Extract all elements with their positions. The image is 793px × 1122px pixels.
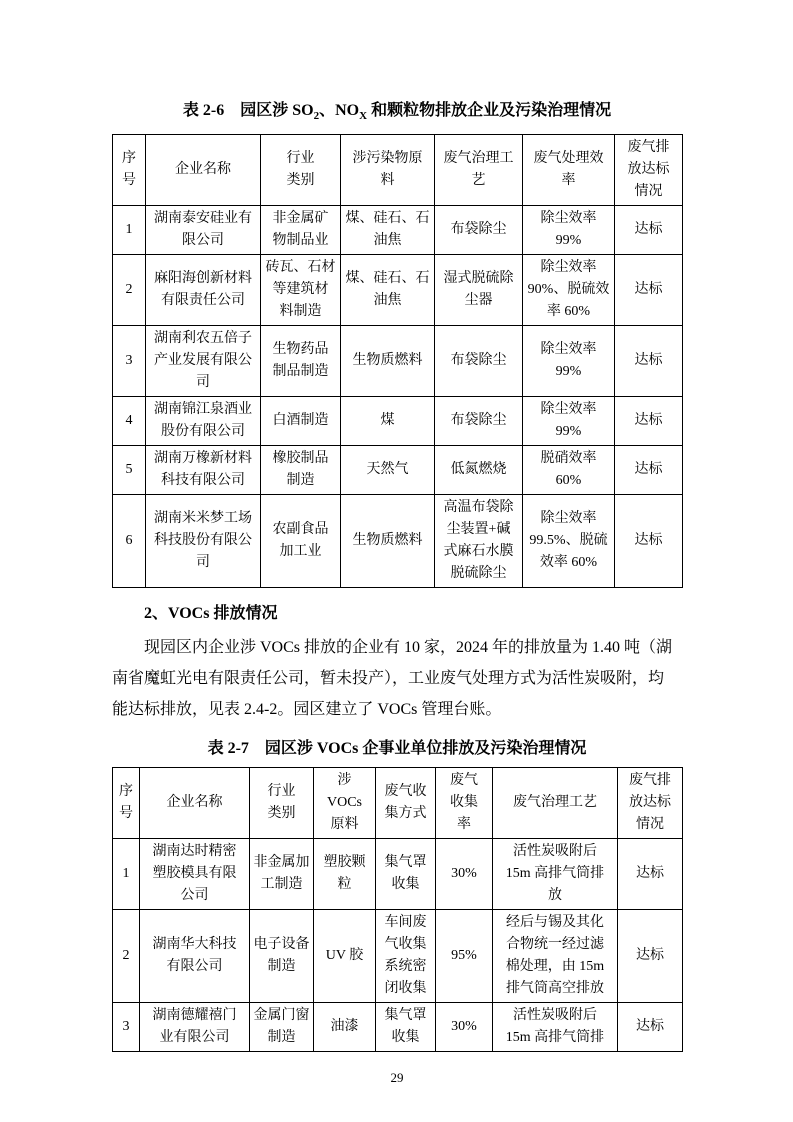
table-row: 2 湖南华大科技 有限公司 电子设备 制造 UV 胶 车间废 气收集 系统密 闭… — [113, 910, 683, 1003]
table-cell: 除尘效率 99% — [523, 326, 615, 397]
table-cell: 白酒制造 — [261, 397, 341, 446]
page-number: 29 — [112, 1070, 682, 1086]
header-cell: 废气 收集 率 — [436, 768, 493, 839]
table-2-7-header-row: 序 号 企业名称 行业 类别 涉 VOCs 原料 废气收 集方式 废气 收集 率… — [113, 768, 683, 839]
table-cell: 达标 — [615, 206, 683, 255]
table-row: 1 湖南泰安硅业有 限公司 非金属矿 物制品业 煤、硅石、石 油焦 布袋除尘 除… — [113, 206, 683, 255]
header-cell: 涉污染物原 料 — [341, 135, 435, 206]
table-row: 3 湖南利农五倍子 产业发展有限公 司 生物药品 制品制造 生物质燃料 布袋除尘… — [113, 326, 683, 397]
table-cell: 除尘效率 99.5%、脱硫 效率 60% — [523, 495, 615, 588]
table-cell: 布袋除尘 — [435, 206, 523, 255]
table-cell: 达标 — [615, 326, 683, 397]
table-cell: 湖南泰安硅业有 限公司 — [146, 206, 261, 255]
table-cell: 布袋除尘 — [435, 326, 523, 397]
header-cell: 企业名称 — [146, 135, 261, 206]
table-cell: 活性炭吸附后 15m 高排气筒排 — [493, 1003, 618, 1052]
table-cell: 除尘效率 99% — [523, 397, 615, 446]
header-cell: 企业名称 — [140, 768, 250, 839]
table-cell: 2 — [113, 910, 140, 1003]
table-2-6-title: 表 2-6 园区涉 SO2、NOX 和颗粒物排放企业及污染治理情况 — [112, 100, 682, 127]
table-cell: 3 — [113, 326, 146, 397]
table-cell: 车间废 气收集 系统密 闭收集 — [376, 910, 436, 1003]
table-row: 3 湖南德耀禧门 业有限公司 金属门窗 制造 油漆 集气罩 收集 30% 活性炭… — [113, 1003, 683, 1052]
table-cell: 橡胶制品 制造 — [261, 446, 341, 495]
table-cell: 达标 — [615, 255, 683, 326]
table-cell: 砖瓦、石材 等建筑材 料制造 — [261, 255, 341, 326]
table-cell: 油漆 — [314, 1003, 376, 1052]
table-cell: 30% — [436, 1003, 493, 1052]
table-cell: 非金属矿 物制品业 — [261, 206, 341, 255]
table-cell: 活性炭吸附后 15m 高排气筒排 放 — [493, 839, 618, 910]
table-row: 5 湖南万橡新材料 科技有限公司 橡胶制品 制造 天然气 低氮燃烧 脱硝效率 6… — [113, 446, 683, 495]
table-cell: 1 — [113, 839, 140, 910]
table-2-6-title-part3: 和颗粒物排放企业及污染治理情况 — [367, 102, 611, 119]
table-cell: UV 胶 — [314, 910, 376, 1003]
table-cell: 湖南米米梦工场 科技股份有限公 司 — [146, 495, 261, 588]
table-cell: 脱硝效率 60% — [523, 446, 615, 495]
table-cell: 经后与锡及其化 合物统一经过滤 棉处理，由 15m 排气筒高空排放 — [493, 910, 618, 1003]
table-cell: 5 — [113, 446, 146, 495]
table-cell: 煤、硅石、石 油焦 — [341, 255, 435, 326]
table-cell: 湖南锦江泉酒业 股份有限公司 — [146, 397, 261, 446]
table-2-6-header-row: 序 号 企业名称 行业 类别 涉污染物原 料 废气治理工 艺 废气处理效 率 废… — [113, 135, 683, 206]
table-cell: 湿式脱硫除 尘器 — [435, 255, 523, 326]
table-cell: 2 — [113, 255, 146, 326]
table-cell: 湖南达时精密 塑胶模具有限 公司 — [140, 839, 250, 910]
table-cell: 达标 — [618, 910, 683, 1003]
table-cell: 除尘效率 90%、脱硫效 率 60% — [523, 255, 615, 326]
header-cell: 涉 VOCs 原料 — [314, 768, 376, 839]
table-cell: 高温布袋除 尘装置+碱 式麻石水膜 脱硫除尘 — [435, 495, 523, 588]
table-cell: 6 — [113, 495, 146, 588]
table-cell: 非金属加 工制造 — [250, 839, 314, 910]
table-2-7: 序 号 企业名称 行业 类别 涉 VOCs 原料 废气收 集方式 废气 收集 率… — [112, 767, 683, 1052]
table-cell: 布袋除尘 — [435, 397, 523, 446]
table-2-6-title-part1: 表 2-6 园区涉 SO — [183, 102, 314, 119]
table-cell: 集气罩 收集 — [376, 839, 436, 910]
header-cell: 废气排 放达标 情况 — [618, 768, 683, 839]
header-cell: 废气收 集方式 — [376, 768, 436, 839]
table-cell: 煤 — [341, 397, 435, 446]
table-cell: 生物药品 制品制造 — [261, 326, 341, 397]
table-cell: 电子设备 制造 — [250, 910, 314, 1003]
table-cell: 塑胶颗 粒 — [314, 839, 376, 910]
table-cell: 30% — [436, 839, 493, 910]
header-cell: 序 号 — [113, 135, 146, 206]
table-cell: 3 — [113, 1003, 140, 1052]
table-cell: 1 — [113, 206, 146, 255]
table-cell: 煤、硅石、石 油焦 — [341, 206, 435, 255]
table-2-7-title: 表 2-7 园区涉 VOCs 企事业单位排放及污染治理情况 — [112, 738, 682, 760]
header-cell: 废气治理工 艺 — [435, 135, 523, 206]
table-cell: 湖南利农五倍子 产业发展有限公 司 — [146, 326, 261, 397]
document-page: 表 2-6 园区涉 SO2、NOX 和颗粒物排放企业及污染治理情况 序 号 企业… — [0, 0, 793, 1122]
nox-subscript: X — [359, 110, 367, 122]
header-cell: 行业 类别 — [261, 135, 341, 206]
table-cell: 低氮燃烧 — [435, 446, 523, 495]
table-2-6-title-part2: 、NO — [319, 102, 359, 119]
table-cell: 生物质燃料 — [341, 495, 435, 588]
table-cell: 湖南万橡新材料 科技有限公司 — [146, 446, 261, 495]
table-row: 4 湖南锦江泉酒业 股份有限公司 白酒制造 煤 布袋除尘 除尘效率 99% 达标 — [113, 397, 683, 446]
header-cell: 序 号 — [113, 768, 140, 839]
table-cell: 达标 — [615, 495, 683, 588]
table-cell: 金属门窗 制造 — [250, 1003, 314, 1052]
table-row: 6 湖南米米梦工场 科技股份有限公 司 农副食品 加工业 生物质燃料 高温布袋除… — [113, 495, 683, 588]
table-cell: 湖南德耀禧门 业有限公司 — [140, 1003, 250, 1052]
table-row: 2 麻阳海创新材料 有限责任公司 砖瓦、石材 等建筑材 料制造 煤、硅石、石 油… — [113, 255, 683, 326]
table-cell: 集气罩 收集 — [376, 1003, 436, 1052]
table-cell: 天然气 — [341, 446, 435, 495]
header-cell: 废气处理效 率 — [523, 135, 615, 206]
table-cell: 达标 — [618, 839, 683, 910]
table-2-6: 序 号 企业名称 行业 类别 涉污染物原 料 废气治理工 艺 废气处理效 率 废… — [112, 134, 683, 588]
header-cell: 废气排 放达标 情况 — [615, 135, 683, 206]
header-cell: 行业 类别 — [250, 768, 314, 839]
header-cell: 废气治理工艺 — [493, 768, 618, 839]
table-cell: 农副食品 加工业 — [261, 495, 341, 588]
table-cell: 达标 — [615, 397, 683, 446]
table-cell: 4 — [113, 397, 146, 446]
section-heading-vocs: 2、VOCs 排放情况 — [144, 603, 682, 625]
table-cell: 除尘效率 99% — [523, 206, 615, 255]
table-cell: 达标 — [615, 446, 683, 495]
table-cell: 麻阳海创新材料 有限责任公司 — [146, 255, 261, 326]
table-row: 1 湖南达时精密 塑胶模具有限 公司 非金属加 工制造 塑胶颗 粒 集气罩 收集… — [113, 839, 683, 910]
table-cell: 95% — [436, 910, 493, 1003]
table-cell: 生物质燃料 — [341, 326, 435, 397]
table-cell: 湖南华大科技 有限公司 — [140, 910, 250, 1003]
table-cell: 达标 — [618, 1003, 683, 1052]
vocs-paragraph: 现园区内企业涉 VOCs 排放的企业有 10 家，2024 年的排放量为 1.4… — [112, 632, 682, 725]
